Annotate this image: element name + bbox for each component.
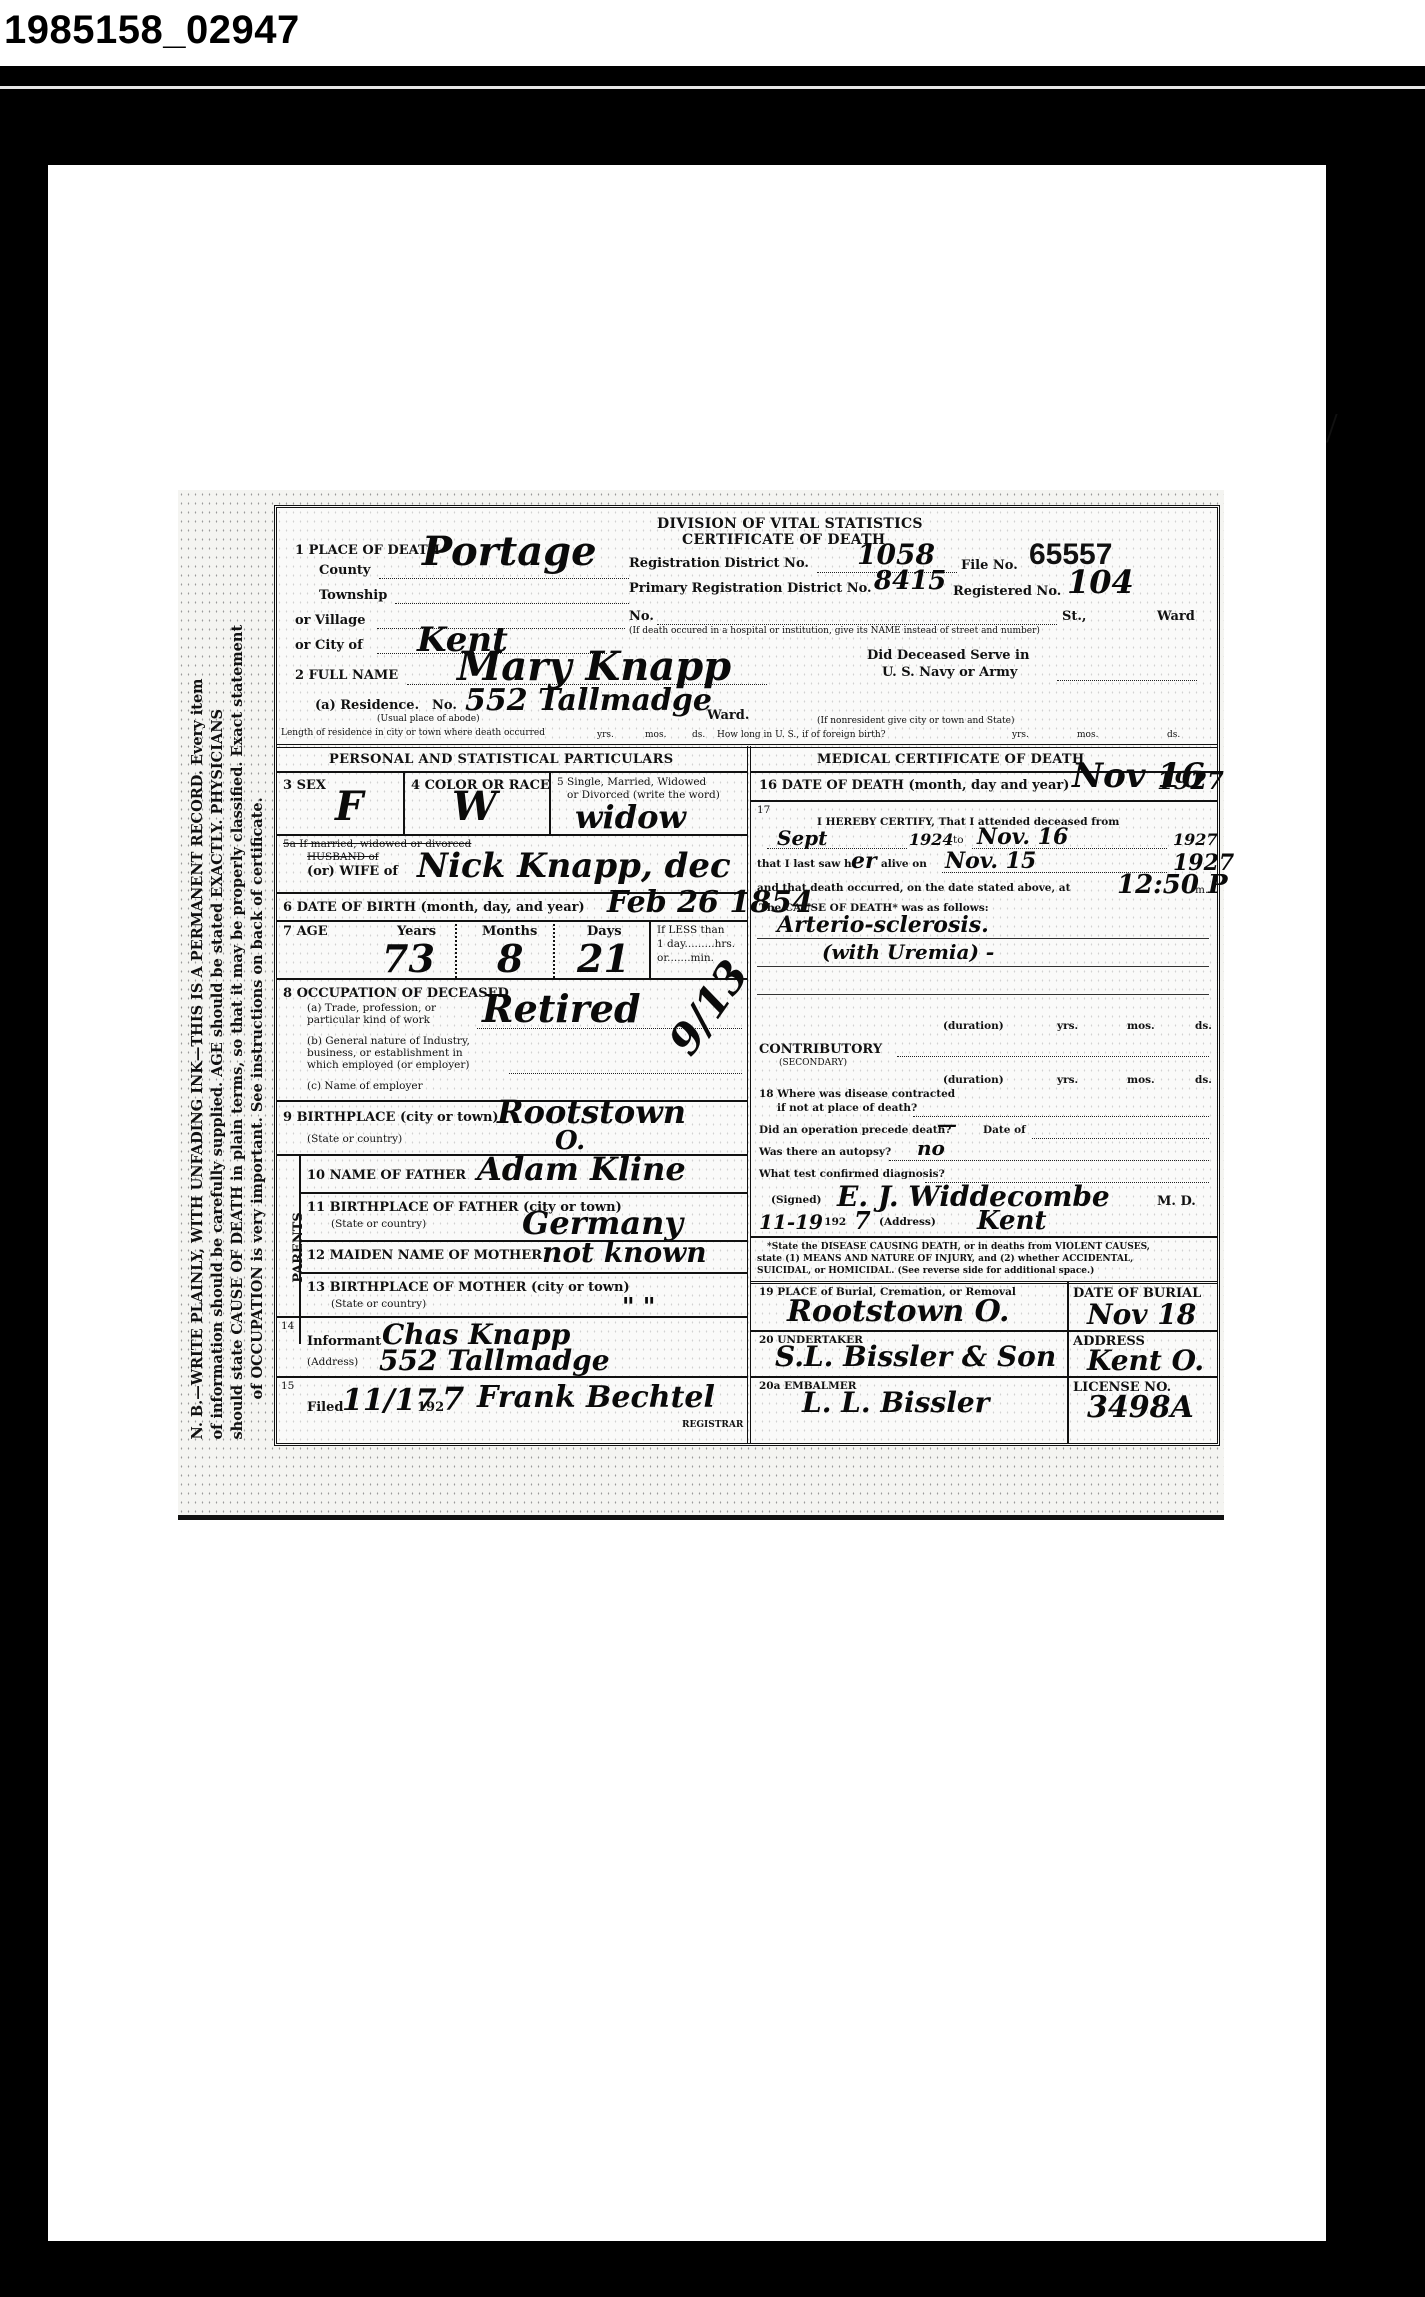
- dob-label: 6 DATE OF BIRTH (month, day, and year): [283, 900, 585, 915]
- duration-label: (duration): [943, 1074, 1004, 1086]
- father-birthplace-state-label: (State or country): [331, 1218, 426, 1230]
- sex-value: F: [335, 783, 363, 830]
- death-occurred-label: and that death occurred, on the date sta…: [757, 882, 1070, 894]
- duration-yrs: yrs.: [1057, 1020, 1078, 1032]
- embalmer-value: L. L. Bissler: [802, 1386, 989, 1419]
- birthplace-label: 9 BIRTHPLACE (city or town): [283, 1110, 499, 1125]
- yrs-label: yrs.: [1012, 730, 1029, 740]
- address-label: (Address): [307, 1356, 358, 1368]
- item-14-number: 14: [281, 1320, 294, 1332]
- attended-to-year: 1927: [1173, 830, 1218, 849]
- undertaker-value: S.L. Bissler & Son: [775, 1340, 1056, 1373]
- registered-no-label: Registered No.: [953, 584, 1061, 599]
- residence-no-label: No.: [432, 698, 457, 713]
- registrar-label: REGISTRAR: [682, 1420, 743, 1430]
- nonresident-note: (If nonresident give city or town and St…: [817, 716, 1015, 726]
- ds-label: ds.: [692, 730, 705, 740]
- registered-no-value: 104: [1067, 563, 1134, 601]
- usual-abode-note: (Usual place of abode): [377, 714, 480, 724]
- medical-section-title: MEDICAL CERTIFICATE OF DEATH: [817, 752, 1084, 767]
- attended-to: Nov. 16: [977, 824, 1068, 850]
- spouse-value: Nick Knapp, dec: [417, 846, 731, 886]
- certificate-form: 1 PLACE OF DEATH County Portage Township…: [274, 505, 1220, 1446]
- to-label: to: [953, 834, 964, 846]
- ds-label: ds.: [1167, 730, 1180, 740]
- sidebar-notice: N. B.—WRITE PLAINLY, WITH UNFADING INK—T…: [182, 505, 274, 1440]
- registration-district-label: Registration District No.: [629, 556, 809, 571]
- cause-of-death-line-1: Arterio-sclerosis.: [777, 912, 989, 938]
- less-than-1: If LESS than: [657, 924, 725, 936]
- primary-district-value: 8415: [874, 566, 946, 596]
- date-of-death-year: 1927: [1157, 766, 1224, 795]
- sign-address-label: (Address): [879, 1216, 936, 1228]
- footnote-2: state (1) MEANS AND NATURE OF INJURY, an…: [757, 1254, 1133, 1264]
- street-no-label: No.: [629, 609, 654, 624]
- attended-from-year: 1924: [909, 830, 954, 849]
- document-id-title: 1985158_02947: [4, 8, 300, 53]
- st-label: St.,: [1062, 609, 1086, 624]
- father-label: 10 NAME OF FATHER: [307, 1168, 466, 1183]
- margin-code: 9/13: [659, 951, 758, 1063]
- filed-year-prefix: 192: [417, 1400, 444, 1415]
- document-header: 1985158_02947: [0, 0, 1425, 66]
- birthplace-state-label: (State or country): [307, 1133, 402, 1145]
- township-label: Township: [319, 588, 387, 603]
- residence-value: 552 Tallmadge: [465, 683, 712, 718]
- county-value: Portage: [422, 528, 597, 575]
- duration-label: (duration): [943, 1020, 1004, 1032]
- date-of-label: Date of: [983, 1124, 1026, 1136]
- father-value: Adam Kline: [477, 1150, 686, 1188]
- mother-label: 12 MAIDEN NAME OF MOTHER: [307, 1248, 542, 1263]
- birthplace-value: Rootstown: [497, 1093, 686, 1131]
- sidebar-notice-line: should state CAUSE OF DEATH in plain ter…: [228, 505, 248, 1440]
- military-label-2: U. S. Navy or Army: [882, 665, 1017, 680]
- item-15-number: 15: [281, 1380, 294, 1392]
- last-saw-label: that I last saw h: [757, 858, 852, 870]
- registrar-signature: Frank Bechtel: [477, 1380, 715, 1415]
- personal-section-title: PERSONAL AND STATISTICAL PARTICULARS: [329, 752, 673, 767]
- duration-mos: mos.: [1127, 1020, 1155, 1032]
- column-divider: [747, 746, 751, 1443]
- division-heading: DIVISION OF VITAL STATISTICS: [657, 516, 923, 532]
- scan-artifact-line: [0, 86, 1425, 89]
- filed-label: Filed: [307, 1400, 343, 1415]
- occupation-label: 8 OCCUPATION OF DECEASED: [283, 986, 509, 1001]
- test-diagnosis-label: What test confirmed diagnosis?: [759, 1168, 945, 1180]
- ward-label: Ward: [1157, 609, 1195, 624]
- alive-on-label: alive on: [881, 858, 927, 870]
- days-value: 21: [577, 936, 630, 981]
- residence-label: (a) Residence.: [315, 698, 419, 713]
- cause-of-death-line-2: (with Uremia) -: [822, 940, 994, 964]
- contributory-label: CONTRIBUTORY: [759, 1042, 882, 1057]
- time-of-death: 12:50 P: [1117, 870, 1228, 900]
- sidebar-notice-line: of OCCUPATION is very important. See ins…: [248, 505, 268, 1440]
- last-saw-date: Nov. 15: [945, 848, 1036, 874]
- length-of-residence-label: Length of residence in city or town wher…: [281, 728, 545, 738]
- physician-signature: E. J. Widdecombe: [837, 1180, 1110, 1213]
- duration-mos: mos.: [1127, 1074, 1155, 1086]
- occupation-b-1: (b) General nature of Industry,: [307, 1035, 470, 1047]
- filed-year-suffix: 7: [442, 1380, 464, 1418]
- occupation-a-1: (a) Trade, profession, or: [307, 1002, 436, 1014]
- sign-year-prefix: , 192: [817, 1216, 846, 1228]
- primary-district-label: Primary Registration District No.: [629, 581, 872, 596]
- item-17-number: 17: [757, 804, 770, 816]
- occupation-b-3: which employed (or employer): [307, 1059, 469, 1071]
- less-than-2: 1 day.........hrs.: [657, 938, 735, 950]
- last-saw-suffix: er: [851, 848, 877, 874]
- operation-value: —: [937, 1112, 957, 1136]
- county-label: County: [319, 563, 370, 578]
- file-no-label: File No.: [961, 558, 1018, 573]
- autopsy-value: no: [917, 1136, 945, 1160]
- occupation-b-2: business, or establishment in: [307, 1047, 463, 1059]
- operation-label: Did an operation precede death?: [759, 1124, 951, 1136]
- sidebar-notice-line: of information should be carefully suppl…: [208, 505, 228, 1440]
- mother-value: not known: [542, 1236, 707, 1269]
- undertaker-address-value: Kent O.: [1087, 1344, 1204, 1377]
- sign-date: 11-19: [759, 1210, 823, 1234]
- autopsy-label: Was there an autopsy?: [759, 1146, 891, 1158]
- mother-birthplace-state-label: (State or country): [331, 1298, 426, 1310]
- m-label: m.: [1195, 884, 1208, 896]
- hospital-note: (If death occured in a hospital or insti…: [629, 626, 1040, 636]
- occupation-a-value: Retired: [482, 986, 641, 1031]
- marital-label-1: 5 Single, Married, Widowed: [557, 776, 706, 788]
- occupation-a-2: particular kind of work: [307, 1014, 430, 1026]
- certify-text: I HEREBY CERTIFY, That I attended deceas…: [817, 816, 1119, 828]
- occupation-c: (c) Name of employer: [307, 1080, 423, 1092]
- signed-label: (Signed): [771, 1194, 822, 1206]
- residence-ward-label: Ward.: [707, 708, 749, 723]
- spouse-label-2: HUSBAND of: [307, 851, 379, 863]
- margin-pen-mark: /: [1326, 405, 1338, 453]
- footnote-3: SUICIDAL, or HOMICIDAL. (See reverse sid…: [757, 1266, 1094, 1276]
- yrs-label: yrs.: [597, 730, 614, 740]
- race-value: W: [452, 783, 497, 830]
- sign-address-value: Kent: [977, 1206, 1046, 1236]
- less-than-3: or.......min.: [657, 952, 714, 964]
- footnote-1: *State the DISEASE CAUSING DEATH, or in …: [767, 1242, 1150, 1252]
- city-label: or City of: [295, 638, 363, 653]
- contracted-label-2: if not at place of death?: [777, 1102, 917, 1114]
- marital-value: widow: [575, 798, 686, 836]
- contracted-label-1: 18 Where was disease contracted: [759, 1088, 955, 1100]
- certificate-heading: CERTIFICATE OF DEATH: [682, 532, 885, 548]
- mother-birthplace-label: 13 BIRTHPLACE OF MOTHER (city or town): [307, 1280, 630, 1295]
- informant-label: Informant: [307, 1334, 381, 1349]
- place-of-death-label: 1 PLACE OF DEATH: [295, 543, 440, 558]
- duration-ds: ds.: [1195, 1020, 1212, 1032]
- sign-year-suffix: 7: [854, 1206, 871, 1235]
- age-label: 7 AGE: [283, 924, 328, 939]
- months-value: 8: [497, 936, 523, 981]
- secondary-label: (SECONDARY): [779, 1058, 847, 1068]
- license-no-value: 3498A: [1087, 1390, 1194, 1425]
- burial-place-value: Rootstown O.: [787, 1294, 1009, 1329]
- how-long-in-us-label: How long in U. S., if of foreign birth?: [717, 730, 886, 740]
- mos-label: mos.: [645, 730, 666, 740]
- sidebar-notice-line: N. B.—WRITE PLAINLY, WITH UNFADING INK—T…: [188, 505, 208, 1440]
- burial-date-value: Nov 18: [1087, 1298, 1196, 1331]
- full-name-label: 2 FULL NAME: [295, 668, 398, 683]
- attended-from: Sept: [777, 826, 827, 850]
- md-label: M. D.: [1157, 1194, 1196, 1209]
- informant-address-value: 552 Tallmadge: [379, 1344, 610, 1377]
- sex-label: 3 SEX: [283, 778, 326, 793]
- mos-label: mos.: [1077, 730, 1098, 740]
- duration-ds: ds.: [1195, 1074, 1212, 1086]
- spouse-label-3: (or) WIFE of: [307, 864, 398, 879]
- date-of-death-label: 16 DATE OF DEATH (month, day and year): [759, 778, 1069, 793]
- years-value: 73: [382, 936, 435, 981]
- military-label-1: Did Deceased Serve in: [867, 648, 1029, 663]
- village-label: or Village: [295, 613, 366, 628]
- duration-yrs: yrs.: [1057, 1074, 1078, 1086]
